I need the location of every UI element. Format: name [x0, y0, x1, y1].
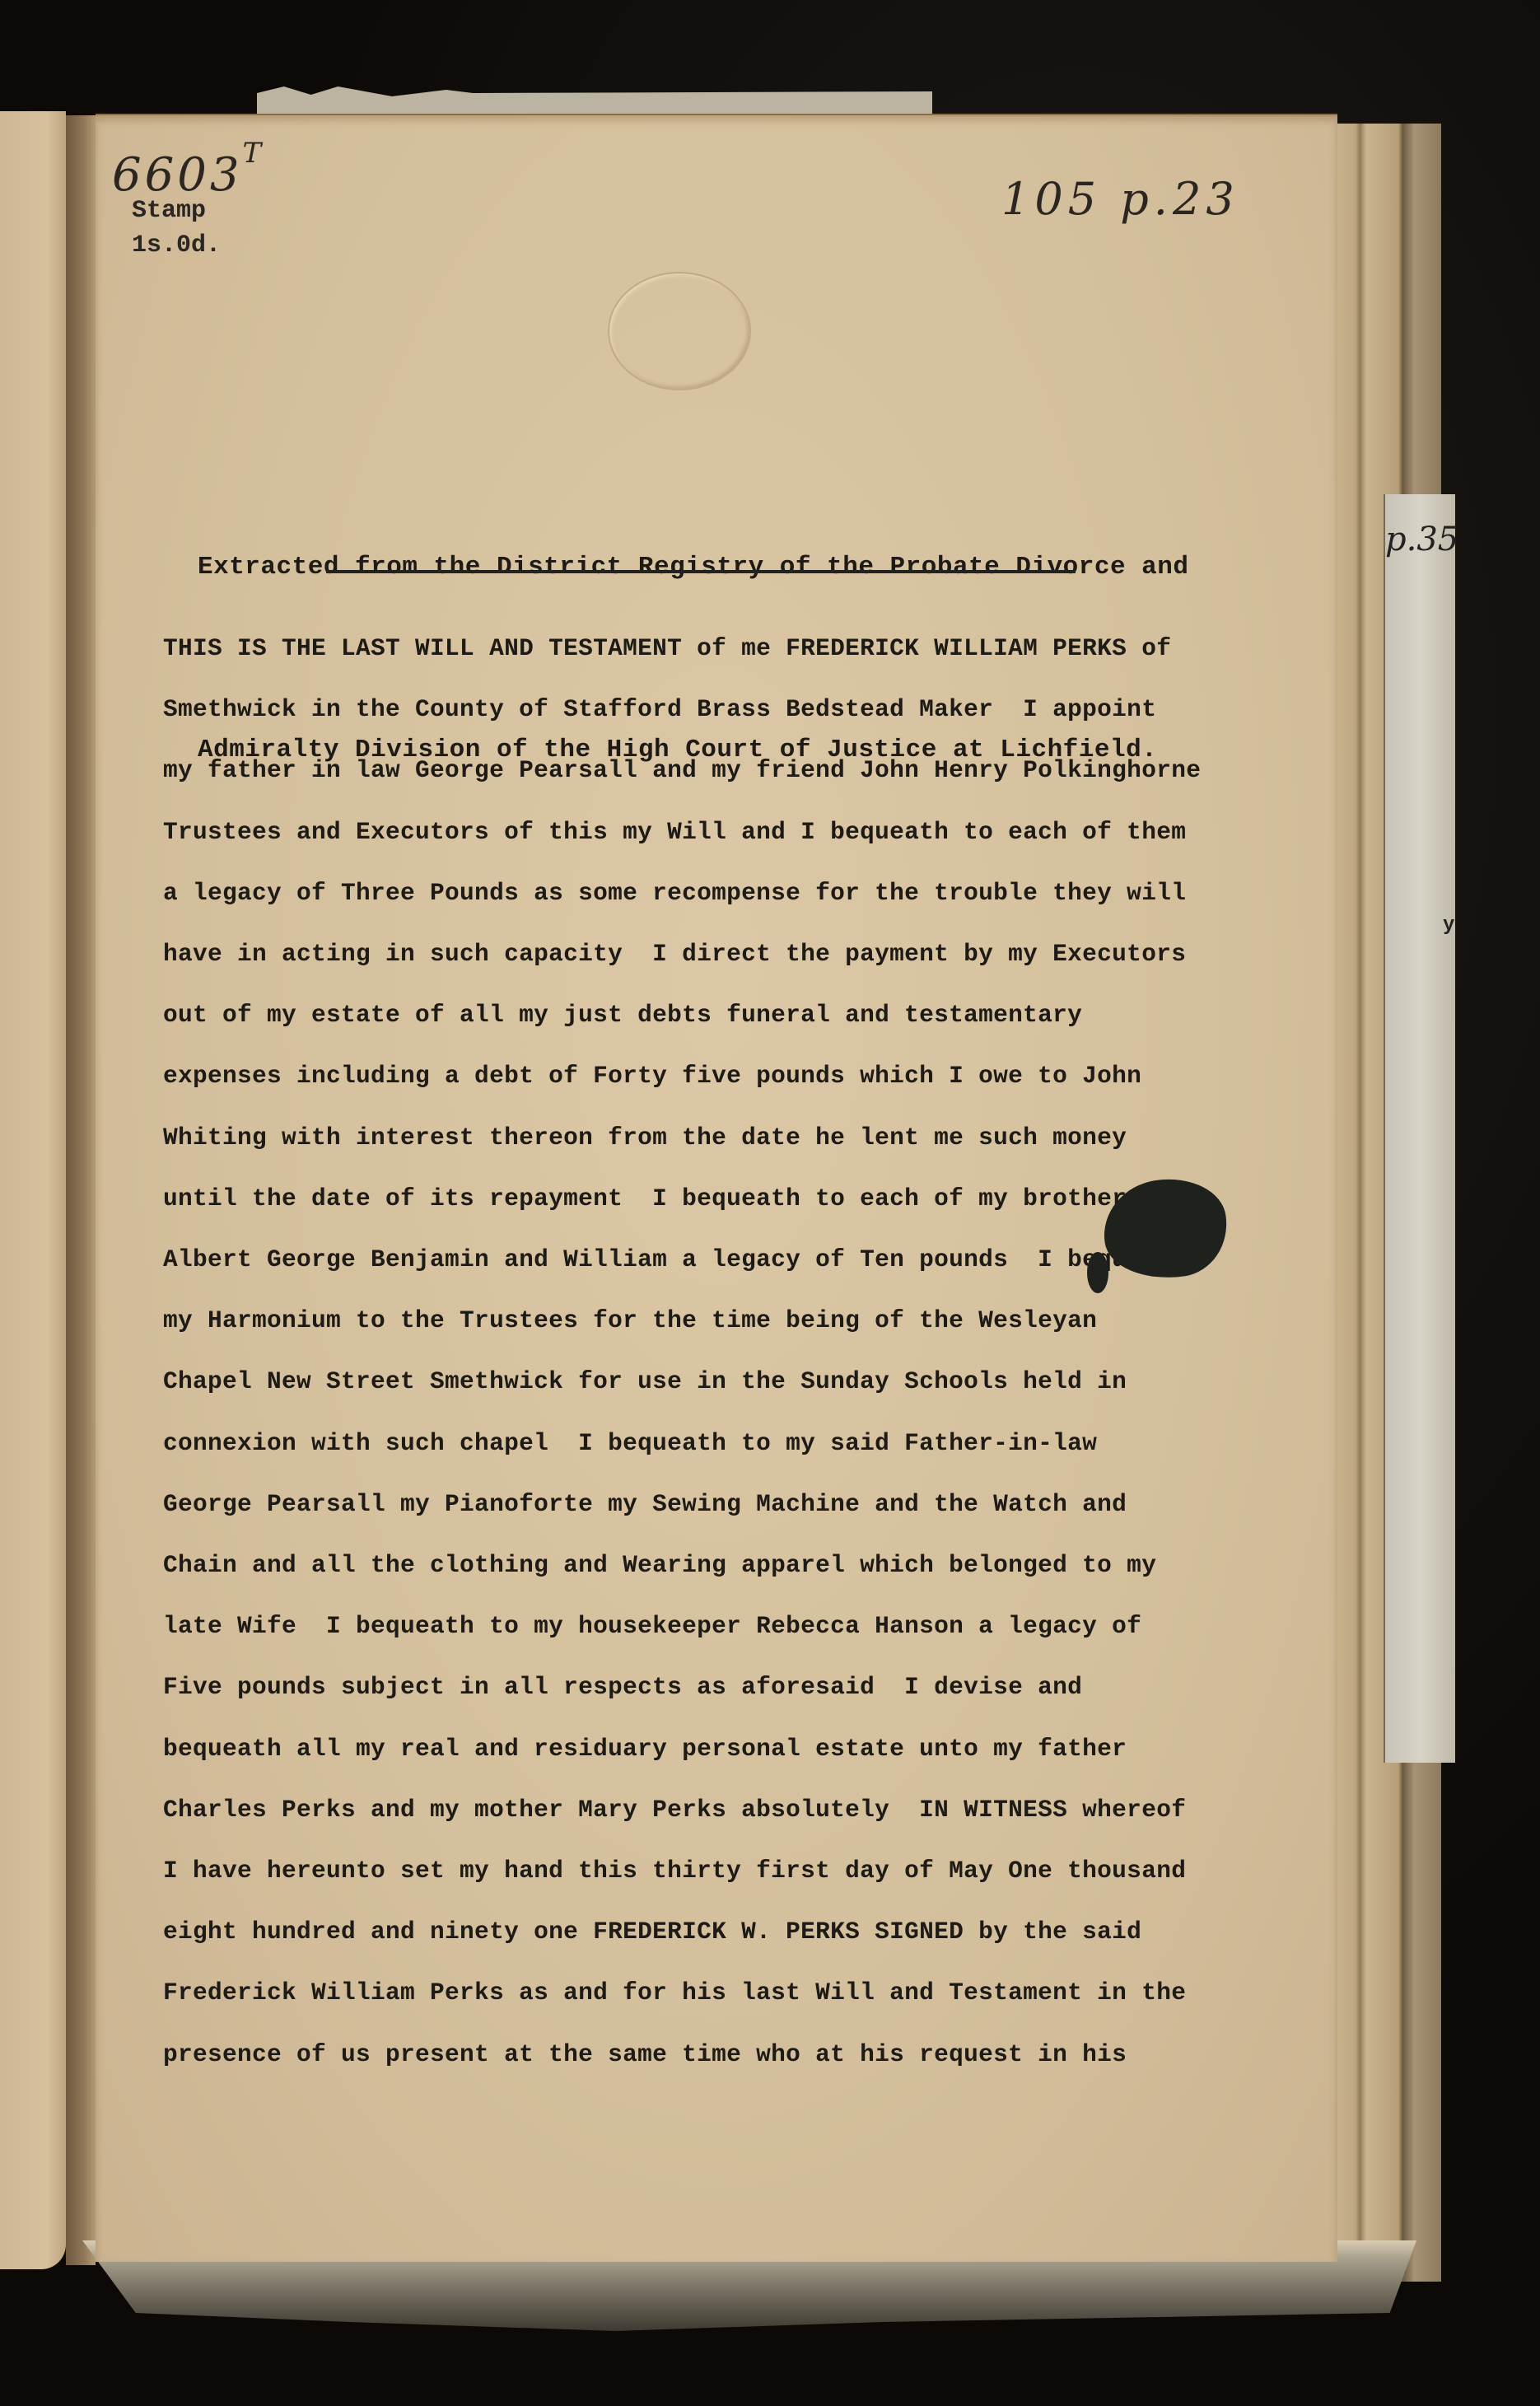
- body-line: expenses including a debt of Forty five …: [163, 1045, 1398, 1106]
- will-body: THIS IS THE LAST WILL AND TESTAMENT of m…: [163, 618, 1398, 2085]
- body-line: a legacy of Three Pounds as some recompe…: [163, 862, 1398, 923]
- body-line: I have hereunto set my hand this thirty …: [163, 1840, 1398, 1901]
- body-line: have in acting in such capacity I direct…: [163, 923, 1398, 984]
- body-line: eight hundred and ninety one FREDERICK W…: [163, 1901, 1398, 1962]
- body-line: Five pounds subject in all respects as a…: [163, 1656, 1398, 1717]
- handwritten-ref-right: 105 p.23: [1001, 173, 1239, 225]
- stamp-label: Stamp: [132, 194, 221, 228]
- body-line: THIS IS THE LAST WILL AND TESTAMENT of m…: [163, 618, 1398, 679]
- body-line: George Pearsall my Pianoforte my Sewing …: [163, 1474, 1398, 1535]
- body-line: Chapel New Street Smethwick for use in t…: [163, 1351, 1398, 1412]
- body-line: my father in law George Pearsall and my …: [163, 740, 1398, 801]
- stamp-value: 1s.0d.: [132, 228, 221, 263]
- body-line: Chain and all the clothing and Wearing a…: [163, 1535, 1398, 1595]
- stamp-duty: Stamp 1s.0d.: [132, 194, 221, 263]
- body-line: connexion with such chapel I bequeath to…: [163, 1413, 1398, 1474]
- body-line: Trustees and Executors of this my Will a…: [163, 801, 1398, 862]
- ref-superscript: T: [243, 137, 265, 170]
- left-page-edge: [0, 111, 66, 2269]
- header-line: Extracted from the District Registry of …: [198, 537, 1334, 598]
- body-line: Whiting with interest thereon from the d…: [163, 1107, 1398, 1168]
- side-tab-ref: p.35: [1385, 521, 1458, 558]
- header-divider: [326, 570, 1076, 573]
- ink-blot-drip: [1087, 1252, 1108, 1293]
- body-line: out of my estate of all my just debts fu…: [163, 984, 1398, 1045]
- body-line: presence of us present at the same time …: [163, 2024, 1398, 2085]
- body-line: bequeath all my real and residuary perso…: [163, 1718, 1398, 1779]
- margin-mark: y: [1443, 914, 1454, 937]
- body-line: Smethwick in the County of Stafford Bras…: [163, 679, 1398, 740]
- body-line: Frederick William Perks as and for his l…: [163, 1962, 1398, 2023]
- book-gutter: [66, 115, 96, 2265]
- body-line: Charles Perks and my mother Mary Perks a…: [163, 1779, 1398, 1840]
- body-line: my Harmonium to the Trustees for the tim…: [163, 1290, 1398, 1351]
- embossed-seal-icon: [608, 272, 751, 390]
- body-line: late Wife I bequeath to my housekeeper R…: [163, 1595, 1398, 1656]
